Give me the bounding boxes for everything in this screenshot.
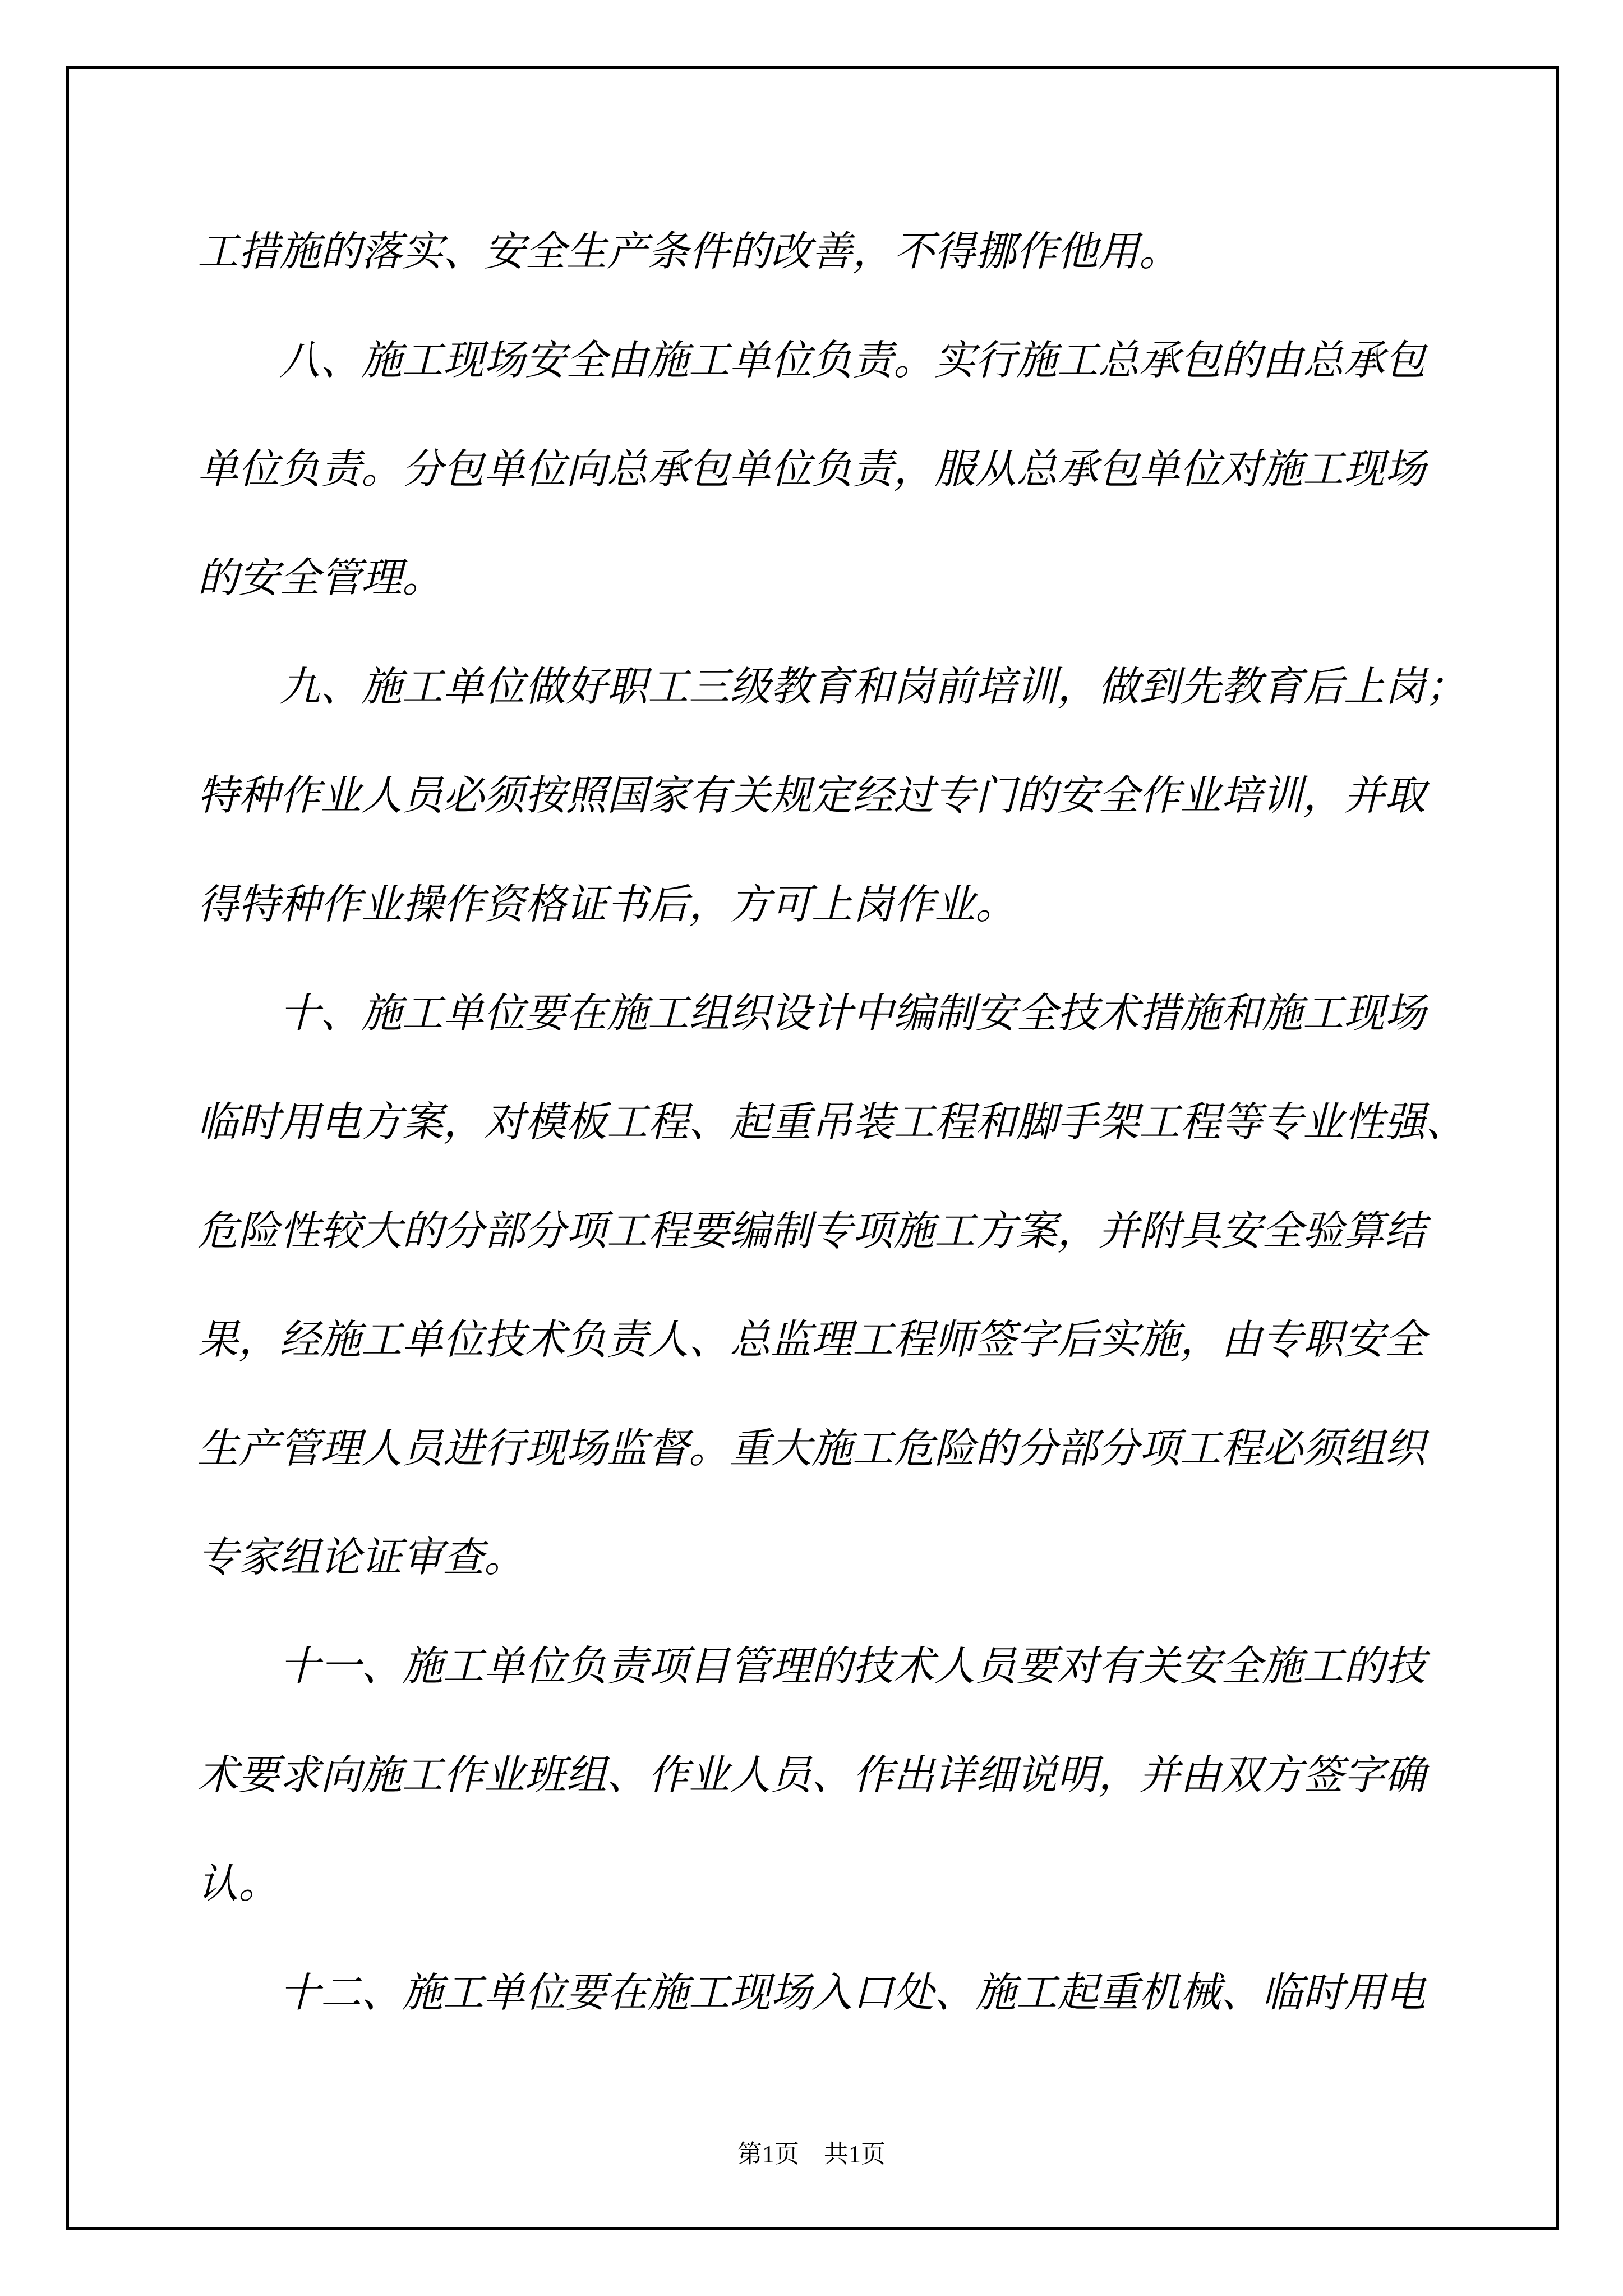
text-line: 工措施的落实、安全生产条件的改善，不得挪作他用。 (197, 197, 1180, 306)
text-line: 危险性较大的分部分项工程要编制专项施工方案，并附具安全验算结 (197, 1177, 1426, 1286)
text-line: 认。 (197, 1830, 279, 1939)
text-line: 单位负责。分包单位向总承包单位负责，服从总承包单位对施工现场 (197, 415, 1426, 524)
text-line: 生产管理人员进行现场监督。重大施工危险的分部分项工程必须组织 (197, 1395, 1426, 1503)
text-line: 十、施工单位要在施工组织设计中编制安全技术措施和施工现场 (197, 959, 1426, 1068)
text-line: 九、施工单位做好职工三级教育和岗前培训，做到先教育后上岗； (197, 633, 1467, 742)
text-line: 十二、施工单位要在施工现场入口处、施工起重机械、临时用电 (197, 1939, 1426, 2047)
text-line: 得特种作业操作资格证书后，方可上岗作业。 (197, 850, 1016, 959)
text-line: 专家组论证审查。 (197, 1503, 525, 1612)
text-line: 特种作业人员必须按照国家有关规定经过专门的安全作业培训，并取 (197, 742, 1426, 850)
page-number-footer: 第1页 共1页 (0, 2139, 1623, 2170)
text-line: 术要求向施工作业班组、作业人员、作出详细说明，并由双方签字确 (197, 1721, 1426, 1830)
text-line: 的安全管理。 (197, 524, 443, 633)
text-line: 八、施工现场安全由施工单位负责。实行施工总承包的由总承包 (197, 306, 1426, 415)
text-line: 临时用电方案，对模板工程、起重吊装工程和脚手架工程等专业性强、 (197, 1068, 1467, 1177)
document-page: 工措施的落实、安全生产条件的改善，不得挪作他用。八、施工现场安全由施工单位负责。… (0, 0, 1623, 2296)
text-line: 十一、施工单位负责项目管理的技术人员要对有关安全施工的技 (197, 1612, 1426, 1721)
text-line: 果，经施工单位技术负责人、总监理工程师签字后实施，由专职安全 (197, 1286, 1426, 1395)
